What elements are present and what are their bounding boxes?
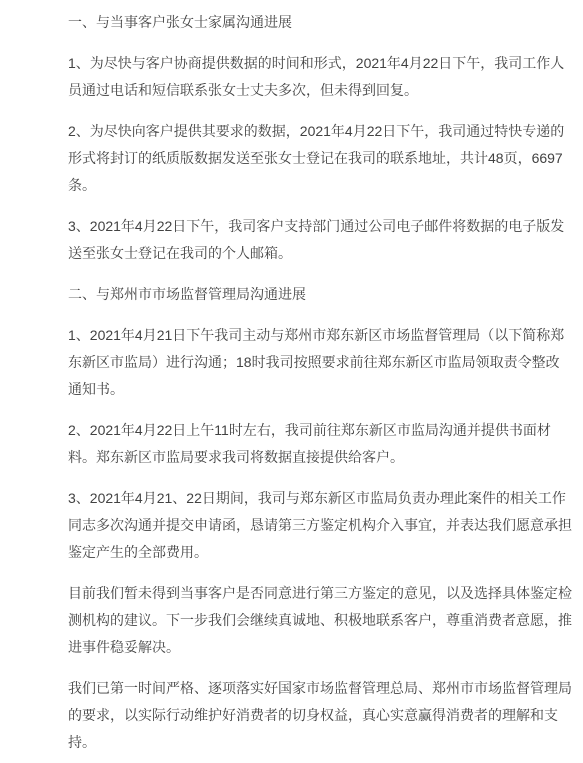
paragraph-closing-third-party: 目前我们暂未得到当事客户是否同意进行第三方鉴定的意见，以及选择具体鉴定检测机构的…: [68, 580, 573, 661]
paragraph-regulator-item-3: 3、2021年4月21、22日期间，我司与郑东新区市监局负责办理此案件的相关工作…: [68, 485, 573, 566]
section-heading-customer-communication: 一、与当事客户张女士家属沟通进展: [68, 9, 573, 36]
paragraph-regulator-item-2: 2、2021年4月22日上午11时左右，我司前往郑东新区市监局沟通并提供书面材料…: [68, 417, 573, 471]
paragraph-closing-commitment: 我们已第一时间严格、逐项落实好国家市场监督管理总局、郑州市市场监督管理局的要求，…: [68, 675, 573, 756]
paragraph-customer-item-1: 1、为尽快与客户协商提供数据的时间和形式，2021年4月22日下午，我司工作人员…: [68, 50, 573, 104]
section-heading-regulator-communication: 二、与郑州市市场监督管理局沟通进展: [68, 281, 573, 308]
statement-document: 一、与当事客户张女士家属沟通进展 1、为尽快与客户协商提供数据的时间和形式，20…: [0, 0, 583, 763]
paragraph-customer-item-3: 3、2021年4月22日下午，我司客户支持部门通过公司电子邮件将数据的电子版发送…: [68, 213, 573, 267]
paragraph-customer-item-2: 2、为尽快向客户提供其要求的数据，2021年4月22日下午，我司通过特快专递的形…: [68, 118, 573, 199]
paragraph-regulator-item-1: 1、2021年4月21日下午我司主动与郑州市郑东新区市场监督管理局（以下简称郑东…: [68, 322, 573, 403]
